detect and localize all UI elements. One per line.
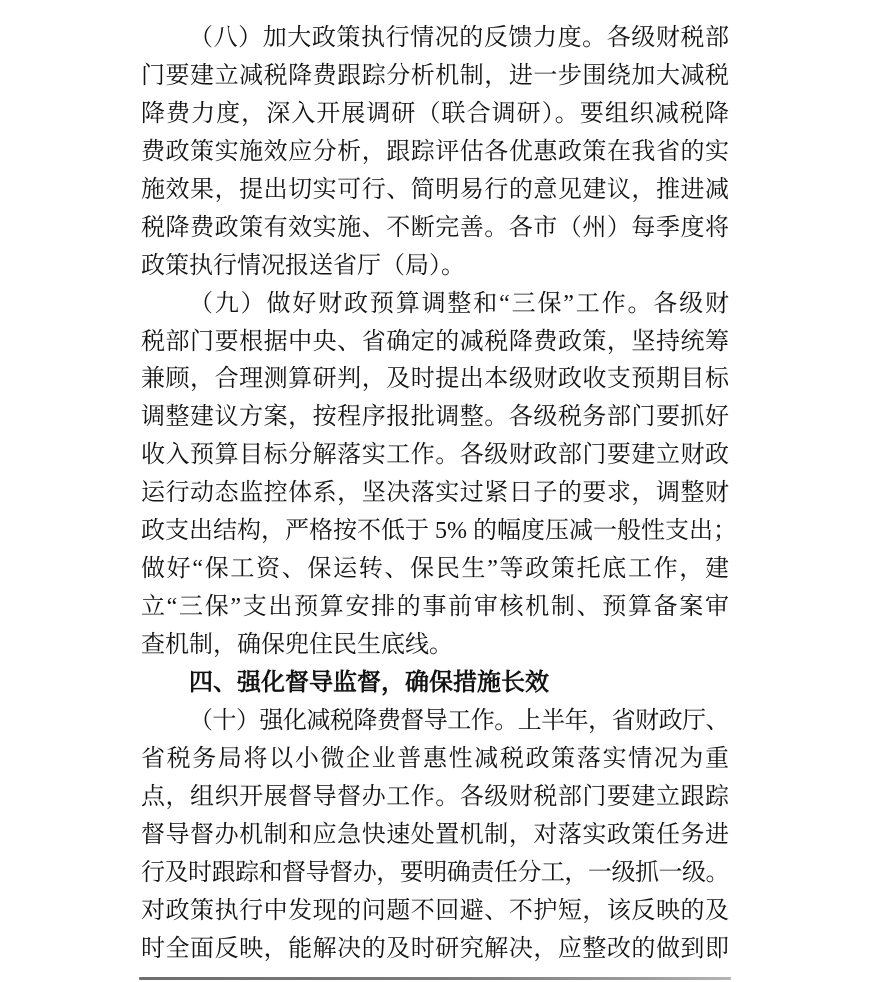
text-line: 做好“保工资、保运转、保民生”等政策托底工作，建: [141, 551, 729, 589]
text-line: 税部门要根据中央、省确定的减税降费政策，坚持统筹: [141, 324, 729, 362]
section-heading: 四、强化督导监督，确保措施长效: [141, 665, 729, 703]
text-line: 降费力度，深入开展调研（联合调研）。要组织减税降: [141, 96, 729, 134]
text-line: （十）强化减税降费督导工作。上半年，省财政厅、: [141, 703, 729, 741]
text-line: 省税务局将以小微企业普惠性减税政策落实情况为重: [141, 741, 729, 779]
text-line: 时全面反映，能解决的及时研究解决，应整改的做到即: [141, 931, 729, 969]
text-line: 对政策执行中发现的问题不回避、不护短，该反映的及: [141, 893, 729, 931]
text-line: 督导督办机制和应急快速处置机制，对落实政策任务进: [141, 817, 729, 855]
text-line: 费政策实施效应分析，跟踪评估各优惠政策在我省的实: [141, 134, 729, 172]
text-line: 立“三保”支出预算安排的事前审核机制、预算备案审: [141, 589, 729, 627]
text-line: （九）做好财政预算调整和“三保”工作。各级财: [141, 286, 729, 324]
text-line: 查机制，确保兜住民生底线。: [141, 627, 729, 665]
text-line: 税降费政策有效实施、不断完善。各市（州）每季度将: [141, 210, 729, 248]
text-column: （八）加大政策执行情况的反馈力度。各级财税部 门要建立减税降费跟踪分析机制，进一…: [141, 20, 729, 968]
text-line: 兼顾，合理测算研判，及时提出本级财政收支预期目标: [141, 361, 729, 399]
text-line: 运行动态监控体系，坚决落实过紧日子的要求，调整财: [141, 475, 729, 513]
text-line: 收入预算目标分解落实工作。各级财政部门要建立财政: [141, 437, 729, 475]
text-line: （八）加大政策执行情况的反馈力度。各级财税部: [141, 20, 729, 58]
clipped-next-line: [139, 977, 731, 980]
text-line: 政策执行情况报送省厅（局）。: [141, 248, 729, 286]
document-page: （八）加大政策执行情况的反馈力度。各级财税部 门要建立减税降费跟踪分析机制，进一…: [0, 0, 873, 982]
text-line: 施效果，提出切实可行、简明易行的意见建议，推进减: [141, 172, 729, 210]
text-line: 调整建议方案，按程序报批调整。各级税务部门要抓好: [141, 399, 729, 437]
text-line: 点，组织开展督导督办工作。各级财税部门要建立跟踪: [141, 779, 729, 817]
text-line: 门要建立减税降费跟踪分析机制，进一步围绕加大减税: [141, 58, 729, 96]
text-line: 政支出结构，严格按不低于 5% 的幅度压减一般性支出；: [141, 513, 729, 551]
text-line: 行及时跟踪和督导督办，要明确责任分工，一级抓一级。: [141, 855, 729, 893]
